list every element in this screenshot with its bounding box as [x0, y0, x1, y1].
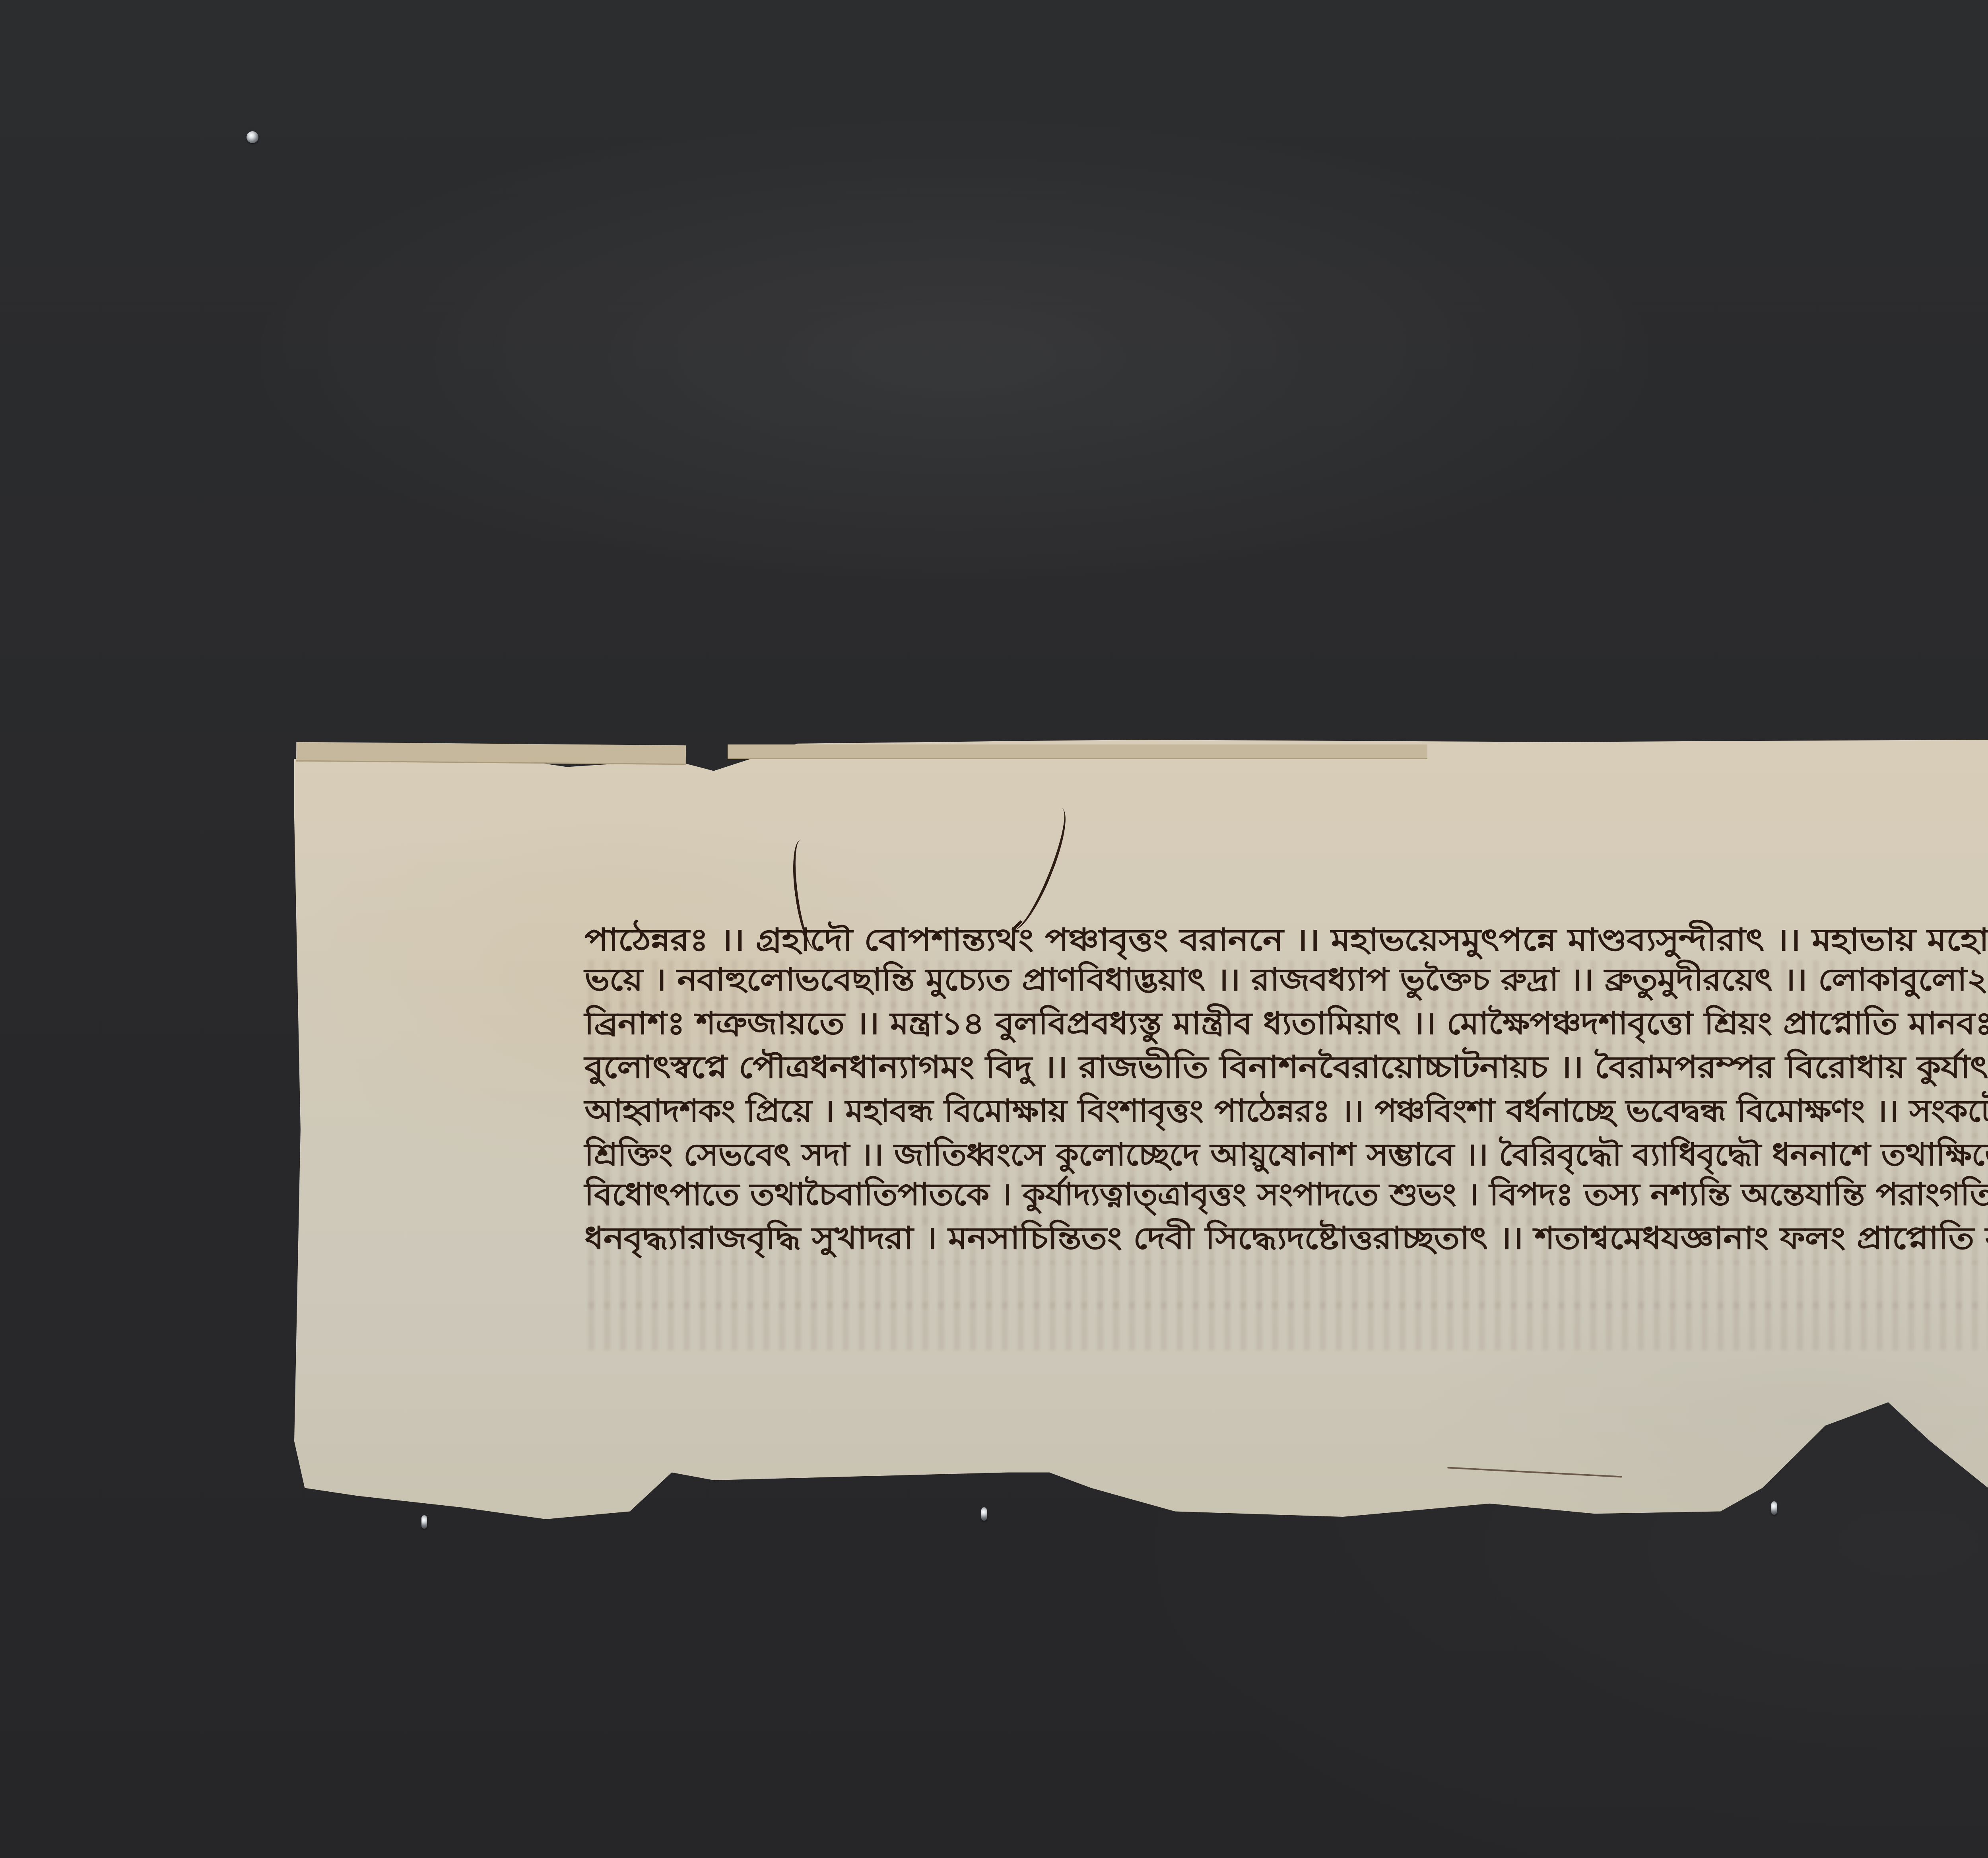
manuscript-line-8: ধনবৃদ্ধ্যারাজবৃদ্ধি সুখাদরা । মনসাচিন্তি… — [584, 1223, 1988, 1254]
manuscript-line-2: ভয়ে । নবাহুলোভবেছান্তি মুচ্যেত প্রাণবিধ… — [584, 964, 1988, 995]
pin-icon — [1771, 1501, 1777, 1515]
manuscript-line-5: আহ্বাদশকং প্রিয়ে । মহাবন্ধ বিমোক্ষায় ব… — [584, 1096, 1988, 1127]
bleed-through-text — [588, 1261, 1988, 1308]
bleed-through-text — [588, 1302, 1988, 1350]
curled-edge-left — [296, 742, 686, 765]
manuscript-line-7: বিধোৎপাতে তথাচৈবাতিপাতকে । কুর্যাদ্যত্না… — [584, 1179, 1988, 1210]
manuscript-line-1: পাঠেন্নরঃ ।। গ্রহাদৌ বোপশান্ত্যর্থং পঞ্চ… — [584, 925, 1988, 956]
curled-edge-middle — [728, 744, 1427, 759]
pin-icon — [421, 1515, 427, 1529]
pin-icon — [247, 131, 258, 143]
manuscript-line-3: ব্রিনাশঃ শত্রুজায়তে ।। মন্ত্রা১৪ বুলবিপ… — [584, 1008, 1988, 1039]
manuscript-line-4: বুলোৎস্বপ্নে পৌত্রধনধান্যাগমং বিদু ।। রা… — [584, 1052, 1988, 1083]
manuscript-line-6: শ্রিক্তিং সেভবেৎ সদা ।। জাতিধ্বংসে কুলোচ… — [584, 1139, 1988, 1170]
pin-icon — [981, 1507, 987, 1521]
